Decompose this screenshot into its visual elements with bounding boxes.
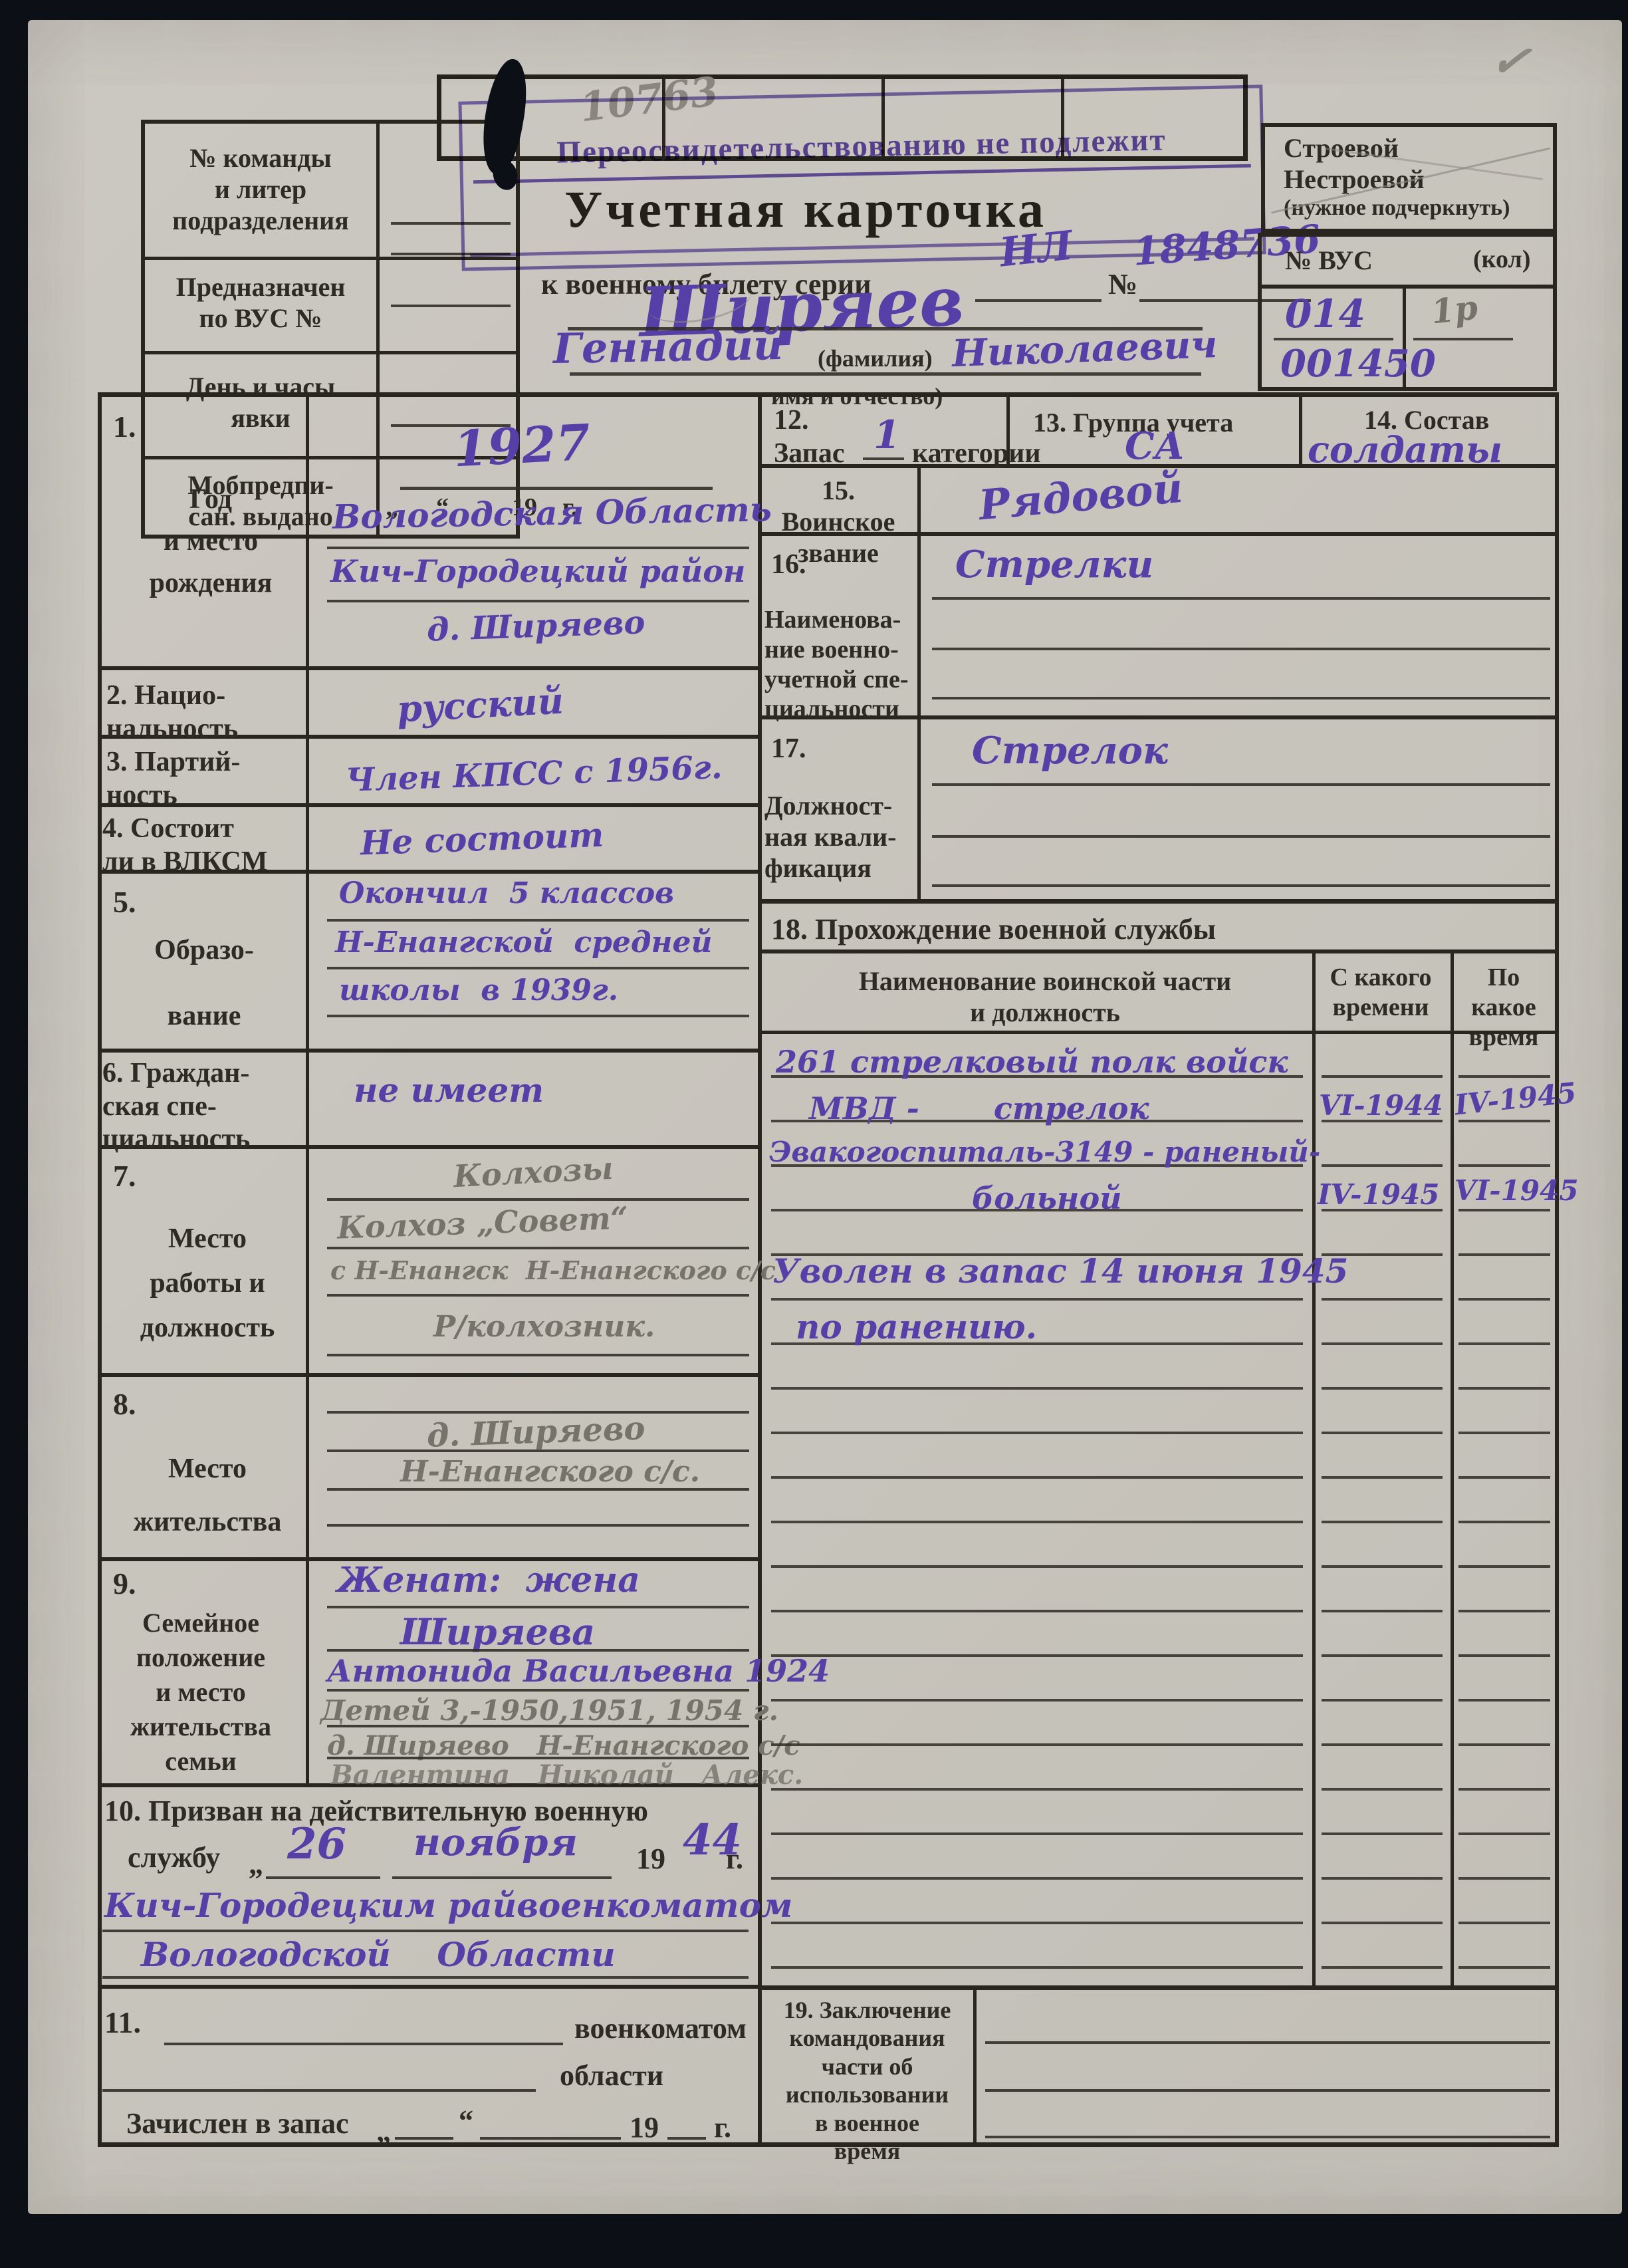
rule-line: [145, 257, 516, 260]
service-table-top: [762, 949, 1555, 953]
rule-line: [327, 1725, 749, 1727]
s11-number: 11.: [104, 2005, 141, 2040]
s8-label: Место жительства: [118, 1443, 297, 1549]
card-paper: № команды и литер подразделения Предназн…: [28, 20, 1622, 2214]
s11-year-prefix: 19: [630, 2110, 659, 2144]
s7-number: 7.: [113, 1158, 136, 1194]
rule-line: [327, 1649, 749, 1652]
service-row-1-unit-a: 261 стрелковый полк войск: [776, 1044, 1288, 1080]
field-family-1: Женат: жена: [337, 1560, 640, 1600]
rule-line: [145, 351, 516, 354]
field-work-4: Р/колхозник.: [433, 1310, 655, 1344]
corner-label-day: День и часы явки: [150, 371, 371, 434]
s12-label-left: Запас: [774, 438, 844, 469]
field-military-speciality: Стрелки: [955, 543, 1153, 586]
service-row-2-to: VI-1945: [1454, 1174, 1579, 1207]
rule-line: [327, 1606, 749, 1608]
s19-label-divider: [973, 1990, 977, 2142]
field-civil-speciality: не имеет: [354, 1071, 544, 1110]
nestroevoi-label: Нестроевой: [1284, 164, 1425, 195]
field-qualification: Стрелок: [972, 729, 1168, 773]
s10-year-prefix: 19: [636, 1842, 665, 1876]
rule-line: [391, 305, 511, 307]
series-value: НЛ: [998, 222, 1075, 276]
frame-right: [1555, 392, 1559, 2147]
corner-label-team: № команды и литер подразделения: [150, 142, 371, 237]
s6-label: 6. Граждан- ская спе- циальность: [102, 1057, 250, 1156]
rule-line: [102, 1976, 749, 1979]
service-col-unit: Наименование воинской части и должность: [786, 965, 1304, 1028]
field-account-group: СА: [1125, 424, 1185, 468]
rule-line: [327, 1354, 749, 1356]
row-divider: [762, 1985, 1555, 1990]
rule-line: [327, 967, 749, 969]
service-row-3-unit-a: Уволен в запас 14 июня 1945: [772, 1251, 1348, 1291]
field-composition: солдаты: [1308, 428, 1502, 471]
service-col-divider: [1451, 953, 1454, 1985]
rule-line: [395, 2137, 453, 2140]
row-divider: [100, 1049, 758, 1053]
service-row-3-unit-b: по ранению.: [796, 1307, 1037, 1346]
field-birth-region: Вологодская Область: [332, 489, 772, 537]
rule-line: [570, 372, 1201, 376]
scan-photo: № команды и литер подразделения Предназн…: [0, 0, 1628, 2268]
frame-left: [98, 392, 102, 2147]
s16-label: Наименова- ние военно- учетной спе- циал…: [764, 605, 921, 724]
s11-year-suffix: г.: [714, 2110, 731, 2144]
field-residence-1: д. Ширяево: [426, 1410, 645, 1454]
vus-value-2: 001450: [1280, 342, 1436, 386]
field-family-2: Ширяева: [400, 1610, 595, 1653]
field-work-3: с Н-Енангск Н-Енангского с/с: [330, 1255, 776, 1285]
vus-table: № ВУС (кол) 014 1р 001450: [1258, 233, 1557, 391]
field-education-1: Окончил 5 классов: [339, 876, 674, 910]
rule-line: [985, 2136, 1550, 2138]
corner-label-vus: Предназначен по ВУС №: [150, 271, 371, 334]
field-residence-2: Н-Енангского с/с.: [400, 1455, 700, 1489]
rule-line: [932, 648, 1550, 650]
rule-line: [480, 2137, 621, 2140]
service-row-1-from: VI-1944: [1319, 1089, 1443, 1122]
s11-quote-close: “: [459, 2104, 473, 2138]
field-draft-month: ноября: [413, 1821, 578, 1864]
rule-line: [327, 919, 749, 922]
field-birth-district: Кич-Городецкий район: [330, 553, 745, 589]
s2-label: 2. Нацио- нальность: [106, 680, 238, 745]
service-row-2-unit-b: больной: [972, 1180, 1122, 1216]
patronymic-value: Николаевич: [951, 322, 1218, 376]
s5-label: Образо- вание: [121, 934, 287, 1033]
rule-line: [327, 1247, 749, 1249]
row-divider: [100, 1985, 758, 1989]
rule-line: [327, 1449, 749, 1452]
s9-number: 9.: [113, 1566, 136, 1601]
rule-line: [1413, 338, 1513, 340]
s17-label: Должност- ная квали- фикация: [764, 790, 921, 884]
field-family-4: Детей 3,-1950,1951, 1954 г.: [320, 1694, 778, 1727]
service-ruled-lines: [771, 1033, 1303, 1983]
field-draft-oblast: Вологодской Области: [141, 1935, 616, 1974]
rule-line: [102, 1930, 749, 1932]
rule-line: [327, 1294, 749, 1297]
vus-value: 014: [1285, 291, 1365, 336]
field-draft-day: 26: [287, 1819, 346, 1869]
rule-line: [985, 2089, 1550, 2092]
row-divider: [762, 899, 1555, 904]
service-col-from: С какого времени: [1315, 963, 1447, 1023]
corner-box-divider: [376, 124, 380, 535]
cell-divider: [1299, 396, 1302, 464]
rule-line: [932, 783, 1550, 786]
rule-line: [863, 457, 904, 460]
field-work-1: Колхозы: [453, 1150, 614, 1195]
field-reserve-category: 1: [873, 412, 900, 457]
field-vlksm: Не состоит: [360, 815, 604, 863]
s3-label: 3. Партий- ность: [106, 746, 241, 812]
s1-number: 1.: [113, 409, 136, 444]
field-education-3: школы в 1939г.: [339, 973, 618, 1007]
stroevoi-box: Строевой Нестроевой (нужное подчеркнуть): [1261, 123, 1557, 233]
service-row-2-unit-a: Эвакогоспиталь-3149 - раненый-: [769, 1136, 1320, 1168]
field-draft-office: Кич-Городецким райвоенкоматом: [104, 1886, 792, 1925]
rule-line: [932, 835, 1550, 838]
rule-line: [102, 2089, 536, 2092]
rule-line: [327, 1488, 749, 1491]
rule-line: [400, 487, 713, 490]
underline-hint-label: (нужное подчеркнуть): [1284, 195, 1510, 221]
s4-label: 4. Состоит ли в ВЛКСМ: [102, 813, 268, 878]
field-education-2: Н-Енангской средней: [335, 926, 713, 959]
surname-caption: (фамилия): [818, 344, 933, 372]
rule-line: [266, 1876, 380, 1879]
s16-number: 16.: [771, 549, 806, 580]
rule-line: [327, 547, 749, 549]
field-family-3: Антонида Васильевна 1924: [327, 1653, 830, 1689]
rule-line: [932, 884, 1550, 887]
rule-line: [327, 1198, 749, 1201]
rule-line: [327, 600, 749, 602]
s7-label: Место работы и должность: [118, 1217, 297, 1351]
rule-line: [327, 1015, 749, 1017]
rule-line: [327, 1524, 749, 1527]
vus-header: № ВУС: [1285, 245, 1373, 276]
left-label-divider: [306, 396, 309, 1783]
s9-label: Семейное положение и место жительства се…: [108, 1606, 294, 1779]
kol-header: (кол): [1473, 245, 1531, 274]
s18-title: 18. Прохождение военной службы: [771, 912, 1216, 946]
rule-line: [1274, 338, 1393, 340]
stamp-text: Переосвидетельствованию не подлежит: [473, 120, 1251, 184]
s11-reserve-label: Зачислен в запас: [126, 2106, 348, 2140]
s11-quote-open: „: [376, 2114, 391, 2148]
field-nationality: русский: [396, 679, 564, 730]
rule-line: [932, 597, 1550, 600]
rule-line: [667, 2137, 706, 2140]
field-party: Член КПСС с 1956г.: [345, 749, 723, 799]
rule-line: [327, 1689, 749, 1692]
s1-label: Год и место рождения: [121, 479, 300, 604]
field-family-6: Валентина Николай Алекс.: [330, 1759, 803, 1791]
rule-line: [1262, 285, 1553, 289]
s12-label-right: категории: [912, 438, 1041, 469]
pencil-check-mark: ✓: [1486, 29, 1534, 91]
number-sign: №: [1108, 267, 1137, 301]
s11-oblast-label: области: [560, 2059, 663, 2092]
field-birth-village: д. Ширяево: [426, 604, 645, 648]
s17-number: 17.: [771, 733, 806, 765]
s8-number: 8.: [113, 1386, 136, 1422]
service-row-2-from: IV-1945: [1318, 1178, 1440, 1211]
row-divider: [100, 666, 758, 670]
row-divider: [100, 1373, 758, 1377]
s10-quote-open: „: [249, 1847, 263, 1881]
rule-line: [975, 299, 1102, 302]
field-birth-year: 1927: [452, 414, 592, 479]
s19-label: 19. Заключение командования части об исп…: [766, 1996, 969, 2166]
s12-number: 12.: [774, 404, 809, 436]
field-work-2: Колхоз „Совет“: [336, 1199, 629, 1245]
s10-word-service: службу: [128, 1840, 220, 1874]
rule-line: [164, 2043, 563, 2045]
page-title: Учетная карточка: [533, 180, 1078, 239]
stroevoi-label: Строевой: [1284, 132, 1399, 164]
service-ruled-lines: [1322, 1033, 1443, 1983]
service-row-1-unit-b: МВД - стрелок: [809, 1090, 1149, 1126]
field-rank: Рядовой: [977, 463, 1185, 530]
kol-value: 1р: [1429, 288, 1480, 332]
frame-top: [98, 392, 1558, 397]
s10-year-suffix: г.: [726, 1842, 743, 1876]
s5-number: 5.: [113, 884, 136, 920]
rule-line: [932, 697, 1550, 699]
rule-line: [392, 1876, 612, 1879]
s11-voenkomat-label: военкоматом: [574, 2011, 747, 2045]
rule-line: [985, 2041, 1550, 2044]
service-col-divider: [1312, 953, 1316, 1985]
firstname-value: Геннадий: [552, 320, 783, 373]
